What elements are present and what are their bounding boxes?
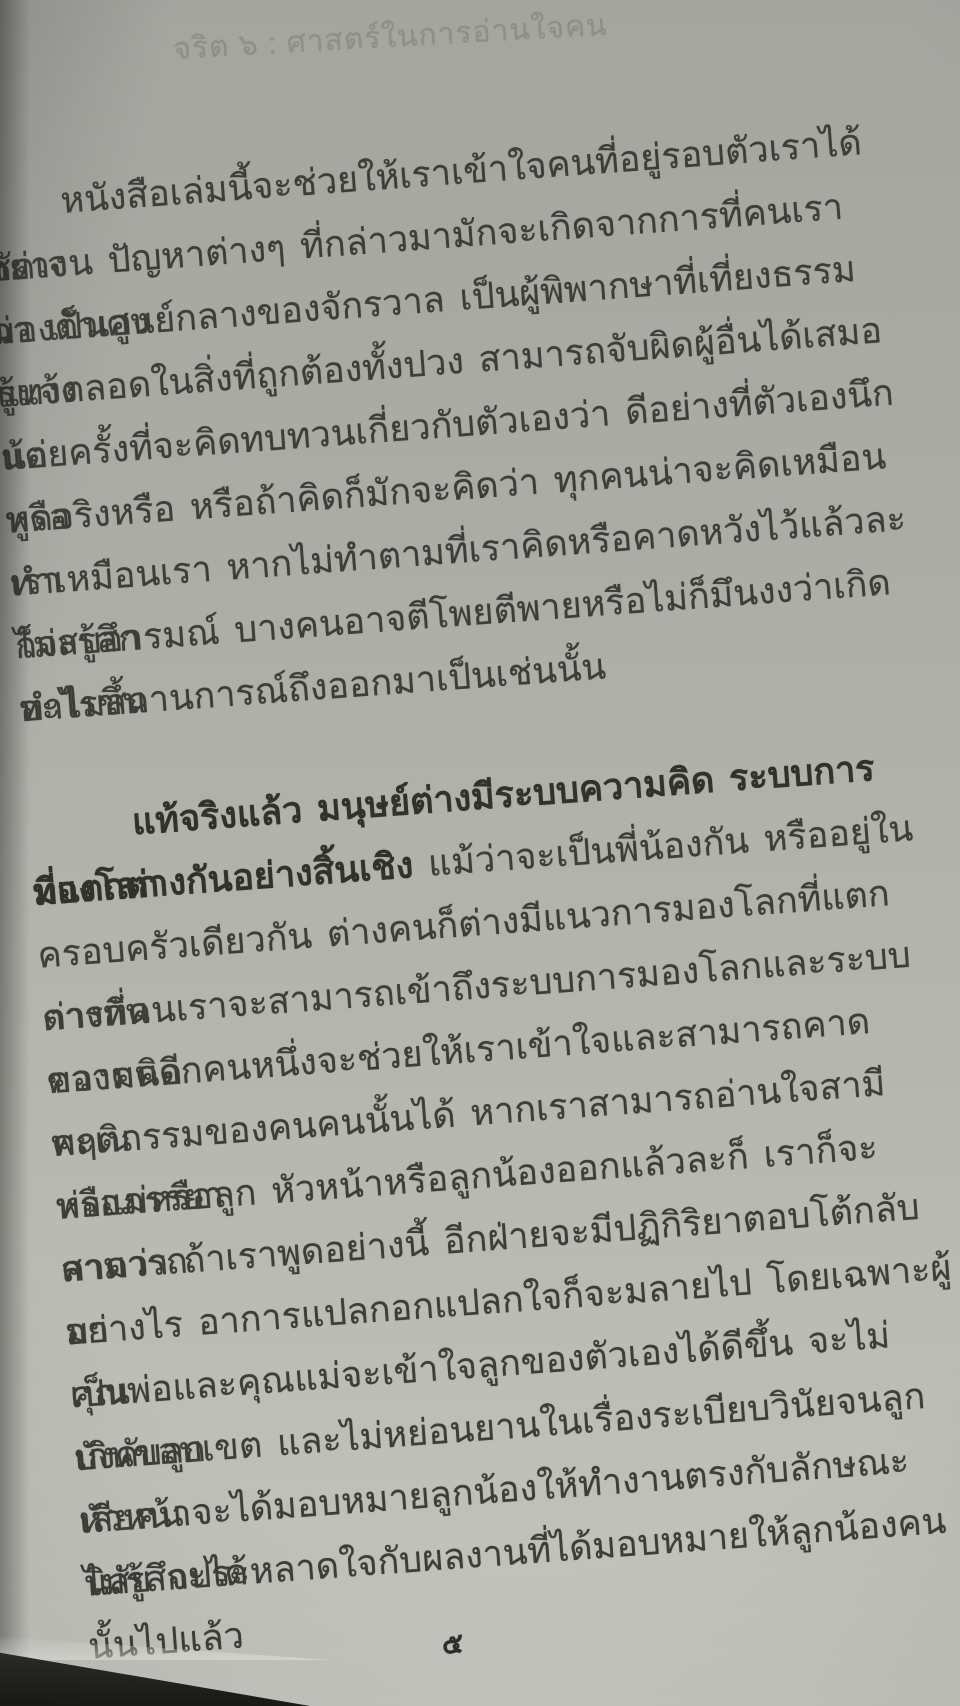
- book-page: จริต ๖ : ศาสตร์ในการอ่านใจคน หนังสือเล่ม…: [0, 0, 960, 1706]
- page-number: ๕: [440, 1621, 464, 1666]
- chapter-running-header: จริต ๖ : ศาสตร์ในการอ่านใจคน: [172, 0, 794, 73]
- paragraph-1: หนังสือเล่มนี้จะช่วยให้เราเข้าใจคนที่อยู…: [0, 109, 917, 740]
- body-text-block: หนังสือเล่มนี้จะช่วยให้เราเข้าใจคนที่อยู…: [0, 109, 960, 1615]
- paragraph-2: แท้จริงแล้ว มนุษย์ต่างมีระบบความคิด ระบบ…: [26, 732, 960, 1615]
- book-gutter-shadow: [0, 0, 30, 1706]
